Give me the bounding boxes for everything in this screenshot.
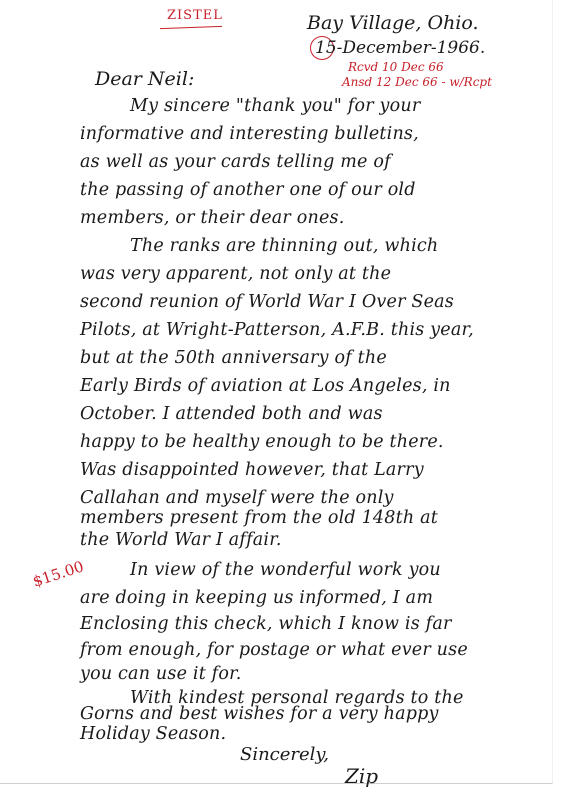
body-line: The ranks are thinning out, which xyxy=(130,236,438,256)
margin-annotation-amount: $15.00 xyxy=(31,557,86,590)
body-line: members, or their dear ones. xyxy=(80,208,344,228)
body-line: are doing in keeping us informed, I am xyxy=(80,588,433,608)
letter-date: 15-December-1966. xyxy=(315,38,485,58)
body-line: Enclosing this check, which I know is fa… xyxy=(80,614,452,634)
body-line: Holiday Season. xyxy=(80,724,226,744)
body-line: informative and interesting bulletins, xyxy=(80,124,419,144)
letter-page: ZISTEL Bay Village, Ohio. 15-December-19… xyxy=(0,0,553,784)
salutation: Dear Neil: xyxy=(95,68,194,90)
body-line: as well as your cards telling me of xyxy=(80,152,391,172)
body-line: the passing of another one of our old xyxy=(80,180,416,200)
annotation-name: ZISTEL xyxy=(167,8,223,23)
body-line: but at the 50th anniversary of the xyxy=(80,348,387,368)
annotation-underline xyxy=(160,26,222,29)
body-line: Was disappointed however, that Larry xyxy=(80,460,424,480)
body-line: happy to be healthy enough to be there. xyxy=(80,432,444,452)
body-line: was very apparent, not only at the xyxy=(80,264,391,284)
letter-location: Bay Village, Ohio. xyxy=(307,12,479,34)
body-line: the World War I affair. xyxy=(80,530,282,550)
body-line: you can use it for. xyxy=(80,664,242,684)
body-line: October. I attended both and was xyxy=(80,404,383,424)
body-line: second reunion of World War I Over Seas xyxy=(80,292,454,312)
body-line: My sincere "thank you" for your xyxy=(130,96,420,116)
body-line: from enough, for postage or what ever us… xyxy=(80,640,468,660)
annotation-answered: Ansd 12 Dec 66 - w/Rcpt xyxy=(342,75,492,89)
body-line: Callahan and myself were the only xyxy=(80,488,394,508)
body-line: Pilots, at Wright-Patterson, A.F.B. this… xyxy=(80,320,474,340)
body-line: In view of the wonderful work you xyxy=(130,560,441,580)
body-line: Gorns and best wishes for a very happy xyxy=(80,704,439,724)
body-line: members present from the old 148th at xyxy=(80,508,438,528)
signature: Zip xyxy=(345,764,378,788)
annotation-received: Rcvd 10 Dec 66 xyxy=(348,60,444,74)
closing: Sincerely, xyxy=(240,744,329,765)
body-line: Early Birds of aviation at Los Angeles, … xyxy=(80,376,451,396)
